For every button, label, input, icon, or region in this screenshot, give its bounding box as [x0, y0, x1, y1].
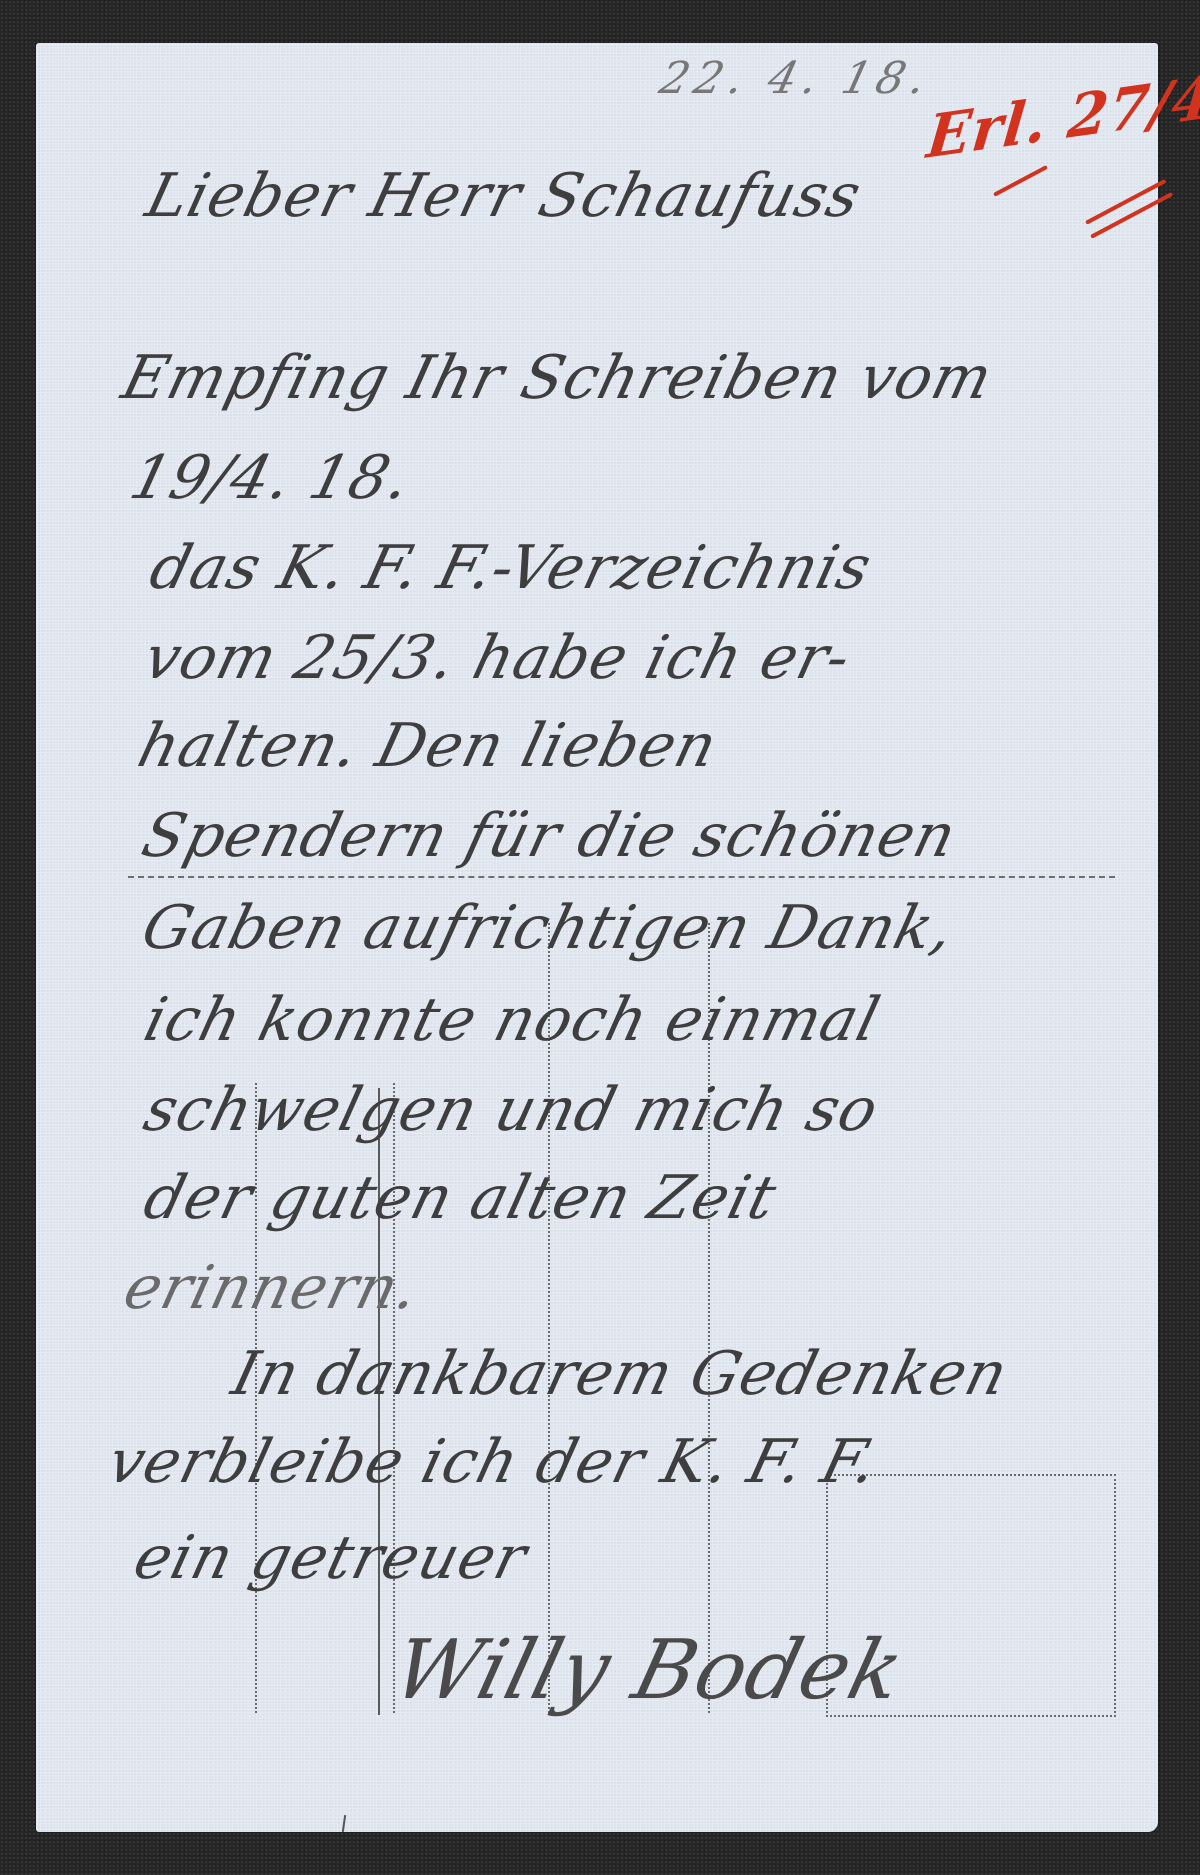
closing-line: verbleibe ich der K. F. F.	[101, 1427, 885, 1497]
body-line: Gaben aufrichtigen Dank,	[135, 893, 961, 963]
signature: Willy Bodek	[384, 1623, 913, 1718]
closing-line: In dankbarem Gedenken	[225, 1339, 1015, 1409]
annotation-underline	[993, 165, 1048, 197]
body-line: das K. F. F.-Verzeichnis	[143, 533, 878, 603]
body-line: 19/4. 18.	[123, 443, 418, 513]
body-line: Empfing Ihr Schreiben vom	[115, 343, 999, 413]
date: 22. 4. 18.	[655, 53, 938, 104]
body-line: vom 25/3. habe ich er-	[137, 623, 858, 693]
salutation: Lieber Herr Schaufuss	[139, 161, 868, 231]
red-annotation: Erl. 27/4	[924, 62, 1200, 172]
body-line: der guten alten Zeit	[137, 1163, 783, 1233]
postcard: 22. 4. 18. Erl. 27/4 Lieber Herr Schaufu…	[36, 43, 1158, 1832]
body-line: halten. Den lieben	[131, 711, 724, 781]
body-line: ich konnte noch einmal	[137, 985, 887, 1055]
body-line: schwelgen und mich so	[137, 1075, 885, 1145]
closing-line: ein getreuer	[127, 1523, 534, 1593]
printed-divider-line	[128, 876, 1115, 878]
edge-mark	[342, 1815, 346, 1832]
body-line: erinnern.	[117, 1253, 426, 1323]
body-line: Spendern für die schönen	[135, 801, 963, 871]
